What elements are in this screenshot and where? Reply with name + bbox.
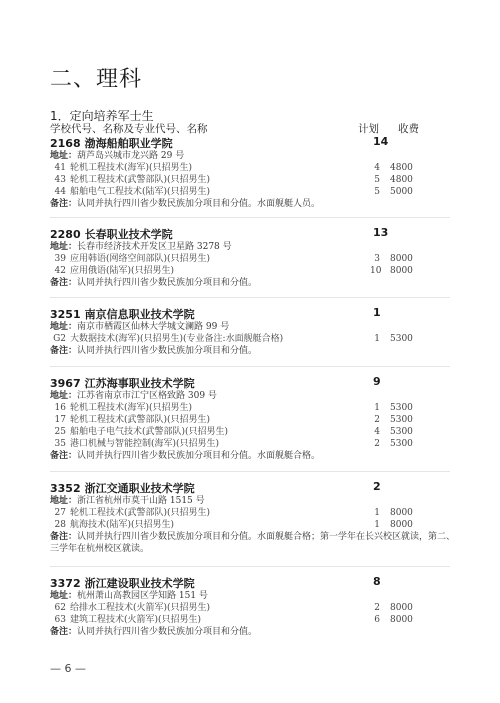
school-note: 备注：认同并执行四川省少数民族加分项目和分值。水面舰艇合格；第一学年在长兴校区就… [50, 531, 460, 555]
major-name: 轮机工程技术(武警部队)(只招男生) [70, 508, 210, 518]
major-name: 港口机械与智能控制(海军)(只招男生) [70, 439, 219, 449]
address-text: 长春市经济技术开发区卫星路 3278 号 [77, 242, 232, 252]
document-page: 二、理科 1．定向培养军士生 学校代号、名称及专业代号、名称 计划 收费 216… [0, 0, 500, 703]
major-name: 轮机工程技术(海军)(只招男生) [70, 403, 192, 413]
school-name: 渤海船舶职业学院 [85, 137, 173, 150]
school-header: 2168渤海船舶职业学院 14 [50, 135, 460, 150]
major-fee: 8000 [390, 614, 413, 626]
divider [50, 217, 450, 218]
school-name: 浙江建设职业技术学院 [85, 577, 195, 590]
major-plan: 10 [370, 265, 380, 277]
major-name: 船舶电气工程技术(陆军)(只招男生) [70, 187, 210, 197]
major-fee: 8000 [390, 265, 413, 277]
school-note: 备注：认同并执行四川省少数民族加分项目和分值。 [50, 277, 460, 289]
divider [50, 366, 450, 367]
major-name: 给排水工程技术(火箭军)(只招男生) [70, 603, 210, 613]
major-plan: 3 [370, 253, 380, 265]
note-label: 备注： [50, 346, 77, 356]
address-text: 南京市栖霞区仙林大学城文澜路 99 号 [77, 322, 229, 332]
address-label: 地址： [50, 391, 77, 401]
school-block: 3352浙江交通职业技术学院 2 地址：浙江省杭州市莫干山路 1515 号 27… [50, 480, 460, 555]
school-block: 2168渤海船舶职业学院 14 地址：葫芦岛兴城市龙兴路 29 号 41轮机工程… [50, 135, 460, 210]
note-text: 认同并执行四川省少数民族加分项目和分值。 [77, 278, 257, 288]
divider [50, 297, 450, 298]
school-address: 地址：长春市经济技术开发区卫星路 3278 号 [50, 241, 460, 253]
address-text: 葫芦岛兴城市龙兴路 29 号 [77, 151, 184, 161]
school-total-plan: 14 [373, 135, 388, 148]
major-row: 16轮机工程技术(海军)(只招男生)15300 [50, 402, 460, 414]
address-label: 地址： [50, 242, 77, 252]
major-code: 43 [50, 174, 66, 186]
major-plan: 1 [370, 507, 380, 519]
major-row: 62给排水工程技术(火箭军)(只招男生)28000 [50, 602, 460, 614]
major-code: 17 [50, 414, 66, 426]
note-text: 认同并执行四川省少数民族加分项目和分值。水面舰艇合格。 [77, 451, 320, 461]
major-plan: 2 [370, 438, 380, 450]
major-fee: 5300 [390, 414, 413, 426]
major-plan: 1 [370, 519, 380, 531]
major-code: 16 [50, 402, 66, 414]
address-label: 地址： [50, 322, 77, 332]
major-row: 43轮机工程技术(武警部队)(只招男生)54800 [50, 174, 460, 186]
major-name: 建筑工程技术(火箭军)(只招男生) [70, 615, 201, 625]
major-name: 大数据技术(海军)(只招男生)(专业备注:水面舰艇合格) [70, 334, 283, 344]
major-code: 39 [50, 253, 66, 265]
school-total-plan: 8 [373, 575, 381, 588]
major-name: 航海技术(陆军)(只招男生) [70, 520, 174, 530]
major-plan: 1 [370, 402, 380, 414]
school-address: 地址：杭州萧山高教园区学知路 151 号 [50, 590, 460, 602]
major-code: 63 [50, 614, 66, 626]
major-code: 28 [50, 519, 66, 531]
school-total-plan: 1 [373, 306, 381, 319]
major-fee: 5300 [390, 333, 413, 345]
major-row: 17轮机工程技术(武警部队)(只招男生)25300 [50, 414, 460, 426]
major-plan: 2 [370, 414, 380, 426]
major-plan: 4 [370, 162, 380, 174]
school-header: 2280长春职业技术学院 13 [50, 226, 460, 241]
school-block: 3372浙江建设职业技术学院 8 地址：杭州萧山高教园区学知路 151 号 62… [50, 575, 460, 638]
column-header-fee: 收费 [398, 121, 419, 136]
major-fee: 8000 [390, 507, 413, 519]
school-note: 备注：认同并执行四川省少数民族加分项目和分值。水面舰艇人员。 [50, 198, 460, 210]
major-fee: 5300 [390, 426, 413, 438]
major-row: 44船舶电气工程技术(陆军)(只招男生)55000 [50, 186, 460, 198]
school-address: 地址：葫芦岛兴城市龙兴路 29 号 [50, 150, 460, 162]
school-block: 3967江苏海事职业技术学院 9 地址：江苏省南京市江宁区格致路 309 号 1… [50, 375, 460, 462]
note-text: 认同并执行四川省少数民族加分项目和分值。水面舰艇合格；第一学年在长兴校区就读，第… [50, 532, 455, 554]
column-header-row: 学校代号、名称及专业代号、名称 计划 收费 [50, 121, 450, 136]
major-fee: 5000 [390, 186, 413, 198]
major-row: 27轮机工程技术(武警部队)(只招男生)18000 [50, 507, 460, 519]
school-header: 3372浙江建设职业技术学院 8 [50, 575, 460, 590]
school-code: 3352 [50, 482, 81, 495]
major-fee: 5300 [390, 438, 413, 450]
page-number: — 6 — [50, 662, 86, 675]
divider [50, 566, 450, 567]
school-note: 备注：认同并执行四川省少数民族加分项目和分值。 [50, 345, 460, 357]
column-header-school: 学校代号、名称及专业代号、名称 [50, 123, 208, 135]
major-row: G2大数据技术(海军)(只招男生)(专业备注:水面舰艇合格)15300 [50, 333, 460, 345]
major-fee: 4800 [390, 174, 413, 186]
address-label: 地址： [50, 151, 77, 161]
address-label: 地址： [50, 496, 77, 506]
major-fee: 8000 [390, 602, 413, 614]
address-text: 浙江省杭州市莫干山路 1515 号 [77, 496, 205, 506]
school-name: 江苏海事职业技术学院 [85, 377, 195, 390]
school-block: 2280长春职业技术学院 13 地址：长春市经济技术开发区卫星路 3278 号 … [50, 226, 460, 289]
school-note: 备注：认同并执行四川省少数民族加分项目和分值。水面舰艇合格。 [50, 450, 460, 462]
major-row: 41轮机工程技术(海军)(只招男生)44800 [50, 162, 460, 174]
school-note: 备注：认同并执行四川省少数民族加分项目和分值。 [50, 626, 460, 638]
major-row: 25船舶电子电气技术(武警部队)(只招男生)45300 [50, 426, 460, 438]
major-fee: 4800 [390, 162, 413, 174]
school-code: 3967 [50, 377, 81, 390]
school-total-plan: 2 [373, 480, 381, 493]
school-code: 3372 [50, 577, 81, 590]
major-fee: 5300 [390, 402, 413, 414]
major-name: 轮机工程技术(武警部队)(只招男生) [70, 415, 210, 425]
major-code: 35 [50, 438, 66, 450]
address-text: 江苏省南京市江宁区格致路 309 号 [77, 391, 217, 401]
major-plan: 4 [370, 426, 380, 438]
major-plan: 5 [370, 174, 380, 186]
school-code: 3251 [50, 308, 81, 321]
major-row: 63建筑工程技术(火箭军)(只招男生)68000 [50, 614, 460, 626]
note-label: 备注： [50, 627, 77, 637]
school-header: 3352浙江交通职业技术学院 2 [50, 480, 460, 495]
major-name: 轮机工程技术(武警部队)(只招男生) [70, 175, 210, 185]
major-fee: 8000 [390, 519, 413, 531]
section-title: 二、理科 [50, 62, 142, 93]
note-label: 备注： [50, 199, 77, 209]
major-name: 应用韩语(网络空间部队)(只招男生) [70, 254, 210, 264]
school-total-plan: 9 [373, 375, 381, 388]
major-code: 44 [50, 186, 66, 198]
school-name: 南京信息职业技术学院 [85, 308, 195, 321]
note-label: 备注： [50, 532, 77, 542]
major-code: 41 [50, 162, 66, 174]
major-fee: 8000 [390, 253, 413, 265]
major-code: G2 [50, 333, 66, 345]
major-plan: 1 [370, 333, 380, 345]
school-address: 地址：南京市栖霞区仙林大学城文澜路 99 号 [50, 321, 460, 333]
major-plan: 2 [370, 602, 380, 614]
major-name: 轮机工程技术(海军)(只招男生) [70, 163, 192, 173]
divider [50, 471, 450, 472]
note-text: 认同并执行四川省少数民族加分项目和分值。 [77, 346, 257, 356]
school-total-plan: 13 [373, 226, 388, 239]
school-name: 浙江交通职业技术学院 [85, 482, 195, 495]
major-plan: 5 [370, 186, 380, 198]
note-text: 认同并执行四川省少数民族加分项目和分值。 [77, 627, 257, 637]
school-address: 地址：江苏省南京市江宁区格致路 309 号 [50, 390, 460, 402]
school-header: 3967江苏海事职业技术学院 9 [50, 375, 460, 390]
address-text: 杭州萧山高教园区学知路 151 号 [77, 591, 208, 601]
note-label: 备注： [50, 451, 77, 461]
column-header-plan: 计划 [358, 121, 379, 136]
major-code: 42 [50, 265, 66, 277]
school-header: 3251南京信息职业技术学院 1 [50, 306, 460, 321]
note-label: 备注： [50, 278, 77, 288]
major-code: 62 [50, 602, 66, 614]
major-row: 35港口机械与智能控制(海军)(只招男生)25300 [50, 438, 460, 450]
school-block: 3251南京信息职业技术学院 1 地址：南京市栖霞区仙林大学城文澜路 99 号 … [50, 306, 460, 357]
school-name: 长春职业技术学院 [85, 228, 173, 241]
major-name: 船舶电子电气技术(武警部队)(只招男生) [70, 427, 228, 437]
major-plan: 6 [370, 614, 380, 626]
school-address: 地址：浙江省杭州市莫干山路 1515 号 [50, 495, 460, 507]
address-label: 地址： [50, 591, 77, 601]
major-row: 42应用俄语(陆军)(只招男生)108000 [50, 265, 460, 277]
major-name: 应用俄语(陆军)(只招男生) [70, 266, 174, 276]
major-row: 28航海技术(陆军)(只招男生)18000 [50, 519, 460, 531]
school-code: 2280 [50, 228, 81, 241]
note-text: 认同并执行四川省少数民族加分项目和分值。水面舰艇人员。 [77, 199, 320, 209]
major-code: 27 [50, 507, 66, 519]
school-code: 2168 [50, 137, 81, 150]
major-row: 39应用韩语(网络空间部队)(只招男生)38000 [50, 253, 460, 265]
major-code: 25 [50, 426, 66, 438]
